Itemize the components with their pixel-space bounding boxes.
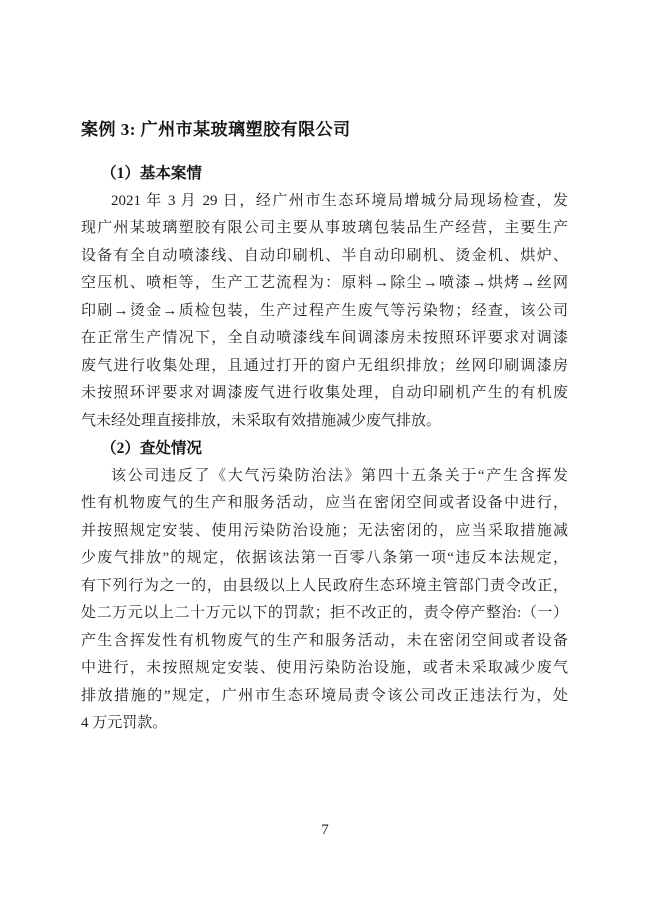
text-line: 性有机物废气的生产和服务活动，应当在密闭空间或者设备中进行，: [81, 490, 568, 518]
text-line: 废气进行收集处理，且通过打开的窗户无组织排放；丝网印刷调漆房: [81, 353, 568, 381]
paragraph: 该公司违反了《大气污染防治法》第四十五条关于“产生含挥发性有机物废气的生产和服务…: [81, 463, 568, 738]
text-line: 空压机、喷柜等，生产工艺流程为：原料→除尘→喷漆→烘烤→丝网: [81, 270, 568, 298]
section-heading: （1）基本案情: [81, 160, 568, 188]
document-page: 案例 3: 广州市某玻璃塑胶有限公司 （1）基本案情2021 年 3 月 29 …: [0, 0, 650, 919]
text-line: 设备有全自动喷漆线、自动印刷机、半自动印刷机、烫金机、烘炉、: [81, 243, 568, 271]
text-line: 处二万元以上二十万元以下的罚款；拒不改正的，责令停产整治:（一）: [81, 600, 568, 628]
text-line: 产生含挥发性有机物废气的生产和服务活动，未在密闭空间或者设备: [81, 628, 568, 656]
text-line: 2021 年 3 月 29 日，经广州市生态环境局增城分局现场检查，发: [81, 188, 568, 216]
paragraph: 2021 年 3 月 29 日，经广州市生态环境局增城分局现场检查，发现广州某玻…: [81, 188, 568, 436]
text-line: 4 万元罚款。: [81, 710, 568, 738]
text-line: 并按照规定安装、使用污染防治设施；无法密闭的，应当采取措施减: [81, 518, 568, 546]
text-line: 未按照环评要求对调漆废气进行收集处理，自动印刷机产生的有机废: [81, 380, 568, 408]
text-line: 印刷→烫金→质检包装，生产过程产生废气等污染物；经查，该公司: [81, 298, 568, 326]
document-content: （1）基本案情2021 年 3 月 29 日，经广州市生态环境局增城分局现场检查…: [81, 160, 568, 738]
section-heading: （2）查处情况: [81, 435, 568, 463]
document-content-wrapper: 案例 3: 广州市某玻璃塑胶有限公司 （1）基本案情2021 年 3 月 29 …: [81, 116, 568, 738]
text-line: 在正常生产情况下，全自动喷漆线车间调漆房未按照环评要求对调漆: [81, 325, 568, 353]
text-line: 中进行，未按照规定安装、使用污染防治设施，或者未采取减少废气: [81, 655, 568, 683]
text-line: 该公司违反了《大气污染防治法》第四十五条关于“产生含挥发: [81, 463, 568, 491]
text-line: 气未经处理直接排放，未采取有效措施减少废气排放。: [81, 408, 568, 436]
text-line: 少废气排放”的规定，依据该法第一百零八条第一项“违反本法规定，: [81, 545, 568, 573]
text-line: 排放措施的”规定，广州市生态环境局责令该公司改正违法行为，处: [81, 683, 568, 711]
document-title: 案例 3: 广州市某玻璃塑胶有限公司: [81, 116, 568, 144]
text-line: 有下列行为之一的，由县级以上人民政府生态环境主管部门责令改正，: [81, 573, 568, 601]
page-number: 7: [0, 820, 650, 840]
text-line: 现广州某玻璃塑胶有限公司主要从事玻璃包装品生产经营，主要生产: [81, 215, 568, 243]
